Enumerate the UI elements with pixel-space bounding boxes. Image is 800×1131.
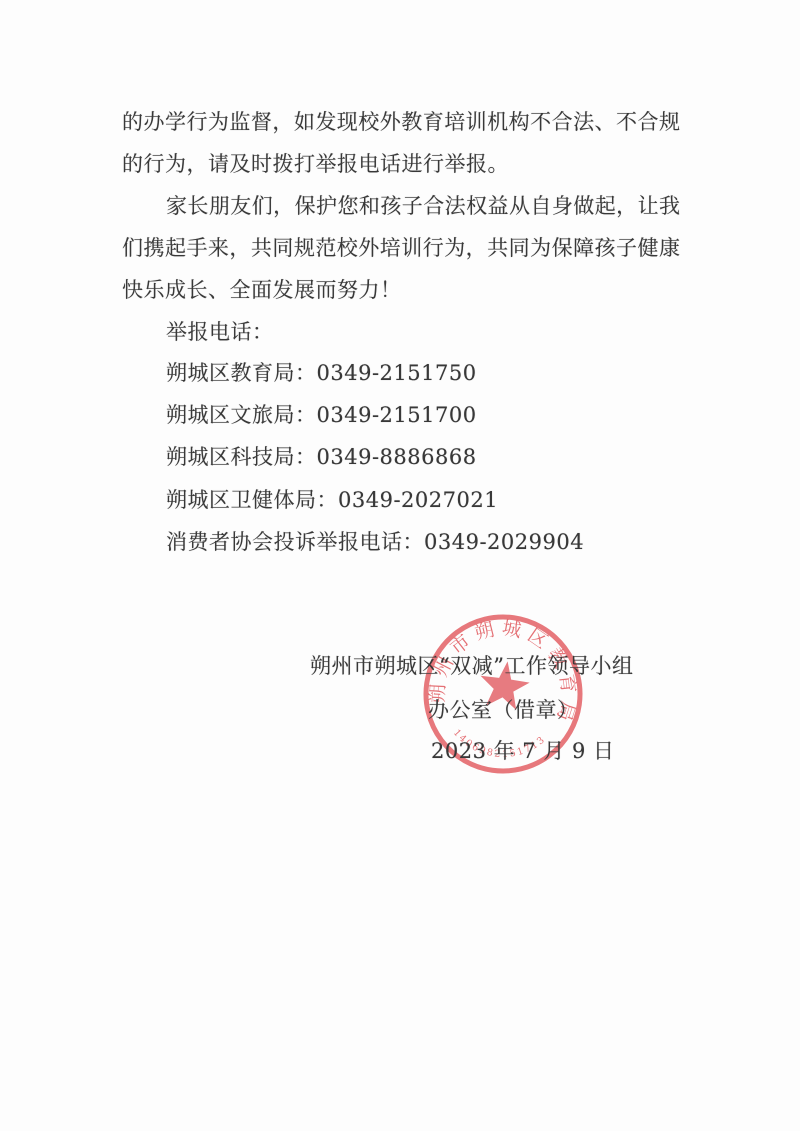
hotline-health: 朔城区卫健体局：0349-2027021 <box>166 487 498 514</box>
signature-date-line: 2023 年 7 月 9 日 <box>431 738 615 765</box>
document-line: 的办学行为监督，如发现校外教育培训机构不合法、不合规 <box>122 109 680 136</box>
document-line: 快乐成长、全面发展而努力！ <box>122 277 402 304</box>
document-line: 的行为，请及时拨打举报电话进行举报。 <box>122 151 509 178</box>
hotline-education: 朔城区教育局：0349-2151750 <box>166 360 477 387</box>
signature-org-line: 朔州市朔城区“双减”工作领导小组 <box>310 653 633 680</box>
hotline-science-tech: 朔城区科技局：0349-8886868 <box>166 444 477 471</box>
document-line: 们携起手来，共同规范校外培训行为，共同为保障孩子健康 <box>122 235 680 262</box>
document-line: 家长朋友们，保护您和孩子合法权益从自身做起，让我 <box>166 193 680 220</box>
hotline-heading: 举报电话： <box>166 319 274 346</box>
scanned-document-page: 的办学行为监督，如发现校外教育培训机构不合法、不合规 的行为，请及时拨打举报电话… <box>0 0 800 1131</box>
signature-office-line: 办公室（借章） <box>428 697 579 724</box>
hotline-culture-tourism: 朔城区文旅局：0349-2151700 <box>166 402 477 429</box>
hotline-consumer-association: 消费者协会投诉举报电话：0349-2029904 <box>166 529 584 556</box>
